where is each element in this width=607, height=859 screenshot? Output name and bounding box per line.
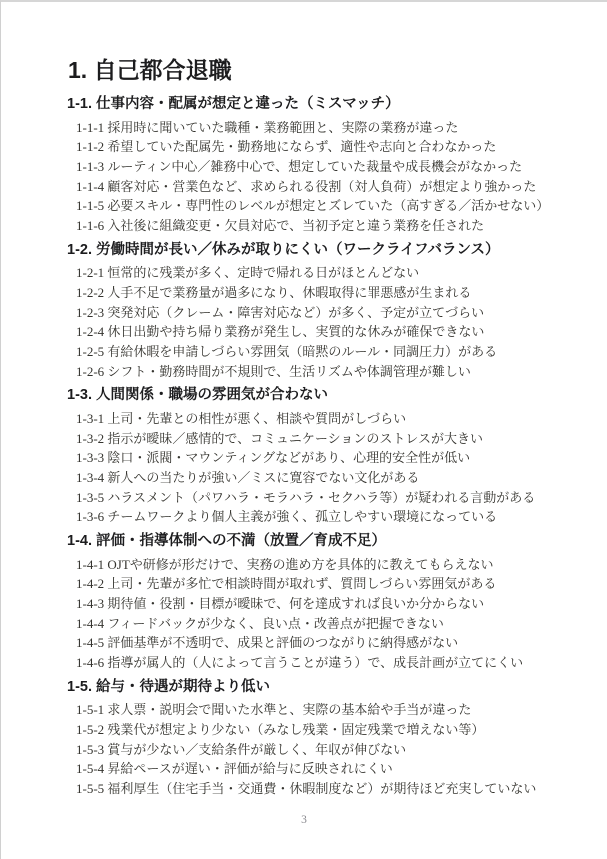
list-item: 1-4-4 フィードバックが少なく、良い点・改善点が把握できない xyxy=(76,614,553,634)
list-item: 1-5-4 昇給ペースが遅い・評価が給与に反映されにくい xyxy=(76,759,553,779)
list-item: 1-1-6 入社後に組織変更・欠員対応で、当初予定と違う業務を任された xyxy=(76,216,553,236)
list-item: 1-3-3 陰口・派閥・マウンティングなどがあり、心理的安全性が低い xyxy=(76,448,553,468)
section-mismatch: 1-1. 仕事内容・配属が想定と違った（ミスマッチ） 1-1-1 採用時に聞いて… xyxy=(67,94,553,236)
list-item: 1-1-3 ルーティン中心／雑務中心で、想定していた裁量や成長機会がなかった xyxy=(76,157,553,177)
list-item: 1-3-5 ハラスメント（パワハラ・モラハラ・セクハラ等）が疑われる言動がある xyxy=(76,488,553,508)
list-item: 1-4-1 OJTや研修が形だけで、実務の進め方を具体的に教えてもらえない xyxy=(76,555,553,575)
list-item: 1-2-2 人手不足で業務量が過多になり、休暇取得に罪悪感が生まれる xyxy=(76,283,553,303)
section-evaluation-training: 1-4. 評価・指導体制への不満（放置／育成不足） 1-4-1 OJTや研修が形… xyxy=(67,531,553,673)
section-item-list: 1-3-1 上司・先輩との相性が悪く、相談や質問がしづらい 1-3-2 指示が曖… xyxy=(67,409,553,527)
list-item: 1-3-6 チームワークより個人主義が強く、孤立しやすい環境になっている xyxy=(76,507,553,527)
list-item: 1-5-2 残業代が想定より少ない（みなし残業・固定残業で増えない等） xyxy=(76,720,553,740)
section-item-list: 1-1-1 採用時に聞いていた職種・業務範囲と、実際の業務が違った 1-1-2 … xyxy=(67,118,553,236)
section-salary-benefits: 1-5. 給与・待遇が期待より低い 1-5-1 求人票・説明会で聞いた水準と、実… xyxy=(67,677,553,799)
list-item: 1-5-5 福利厚生（住宅手当・交通費・休暇制度など）が期待ほど充実していない xyxy=(76,779,553,799)
list-item: 1-4-6 指導が属人的（人によって言うことが違う）で、成長計画が立てにくい xyxy=(76,653,553,673)
document-page: 1. 自己都合退職 1-1. 仕事内容・配属が想定と違った（ミスマッチ） 1-1… xyxy=(0,0,607,859)
list-item: 1-2-5 有給休暇を申請しづらい雰囲気（暗黙のルール・同調圧力）がある xyxy=(76,342,553,362)
list-item: 1-4-3 期待値・役割・目標が曖昧で、何を達成すれば良いか分からない xyxy=(76,594,553,614)
list-item: 1-4-2 上司・先輩が多忙で相談時間が取れず、質問しづらい雰囲気がある xyxy=(76,574,553,594)
list-item: 1-1-2 希望していた配属先・勤務地にならず、適性や志向と合わなかった xyxy=(76,137,553,157)
list-item: 1-4-5 評価基準が不透明で、成果と評価のつながりに納得感がない xyxy=(76,633,553,653)
list-item: 1-3-4 新人への当たりが強い／ミスに寛容でない文化がある xyxy=(76,468,553,488)
section-heading: 1-1. 仕事内容・配属が想定と違った（ミスマッチ） xyxy=(67,94,553,115)
page-number: 3 xyxy=(1,814,607,826)
list-item: 1-2-4 休日出勤や持ち帰り業務が発生し、実質的な休みが確保できない xyxy=(76,322,553,342)
section-heading: 1-5. 給与・待遇が期待より低い xyxy=(67,677,553,698)
list-item: 1-3-1 上司・先輩との相性が悪く、相談や質問がしづらい xyxy=(76,409,553,429)
section-work-life-balance: 1-2. 労働時間が長い／休みが取りにくい（ワークライフバランス） 1-2-1 … xyxy=(67,240,553,382)
list-item: 1-5-3 賞与が少ない／支給条件が厳しく、年収が伸びない xyxy=(76,740,553,760)
list-item: 1-1-5 必要スキル・専門性のレベルが想定とズレていた（高すぎる／活かせない） xyxy=(76,196,553,216)
section-item-list: 1-2-1 恒常的に残業が多く、定時で帰れる日がほとんどない 1-2-2 人手不… xyxy=(67,263,553,381)
section-human-relations: 1-3. 人間関係・職場の雰囲気が合わない 1-3-1 上司・先輩との相性が悪く… xyxy=(67,385,553,527)
list-item: 1-2-3 突発対応（クレーム・障害対応など）が多く、予定が立てづらい xyxy=(76,303,553,323)
section-item-list: 1-5-1 求人票・説明会で聞いた水準と、実際の基本給や手当が違った 1-5-2… xyxy=(67,700,553,799)
section-item-list: 1-4-1 OJTや研修が形だけで、実務の進め方を具体的に教えてもらえない 1-… xyxy=(67,555,553,673)
list-item: 1-1-4 顧客対応・営業色など、求められる役割（対人負荷）が想定より強かった xyxy=(76,177,553,197)
page-title: 1. 自己都合退職 xyxy=(68,56,553,84)
list-item: 1-2-1 恒常的に残業が多く、定時で帰れる日がほとんどない xyxy=(76,263,553,283)
section-heading: 1-2. 労働時間が長い／休みが取りにくい（ワークライフバランス） xyxy=(67,240,553,261)
list-item: 1-2-6 シフト・勤務時間が不規則で、生活リズムや体調管理が難しい xyxy=(76,362,553,382)
section-heading: 1-3. 人間関係・職場の雰囲気が合わない xyxy=(67,385,553,406)
section-heading: 1-4. 評価・指導体制への不満（放置／育成不足） xyxy=(67,531,553,552)
list-item: 1-3-2 指示が曖昧／感情的で、コミュニケーションのストレスが大きい xyxy=(76,429,553,449)
list-item: 1-1-1 採用時に聞いていた職種・業務範囲と、実際の業務が違った xyxy=(76,118,553,138)
list-item: 1-5-1 求人票・説明会で聞いた水準と、実際の基本給や手当が違った xyxy=(76,700,553,720)
